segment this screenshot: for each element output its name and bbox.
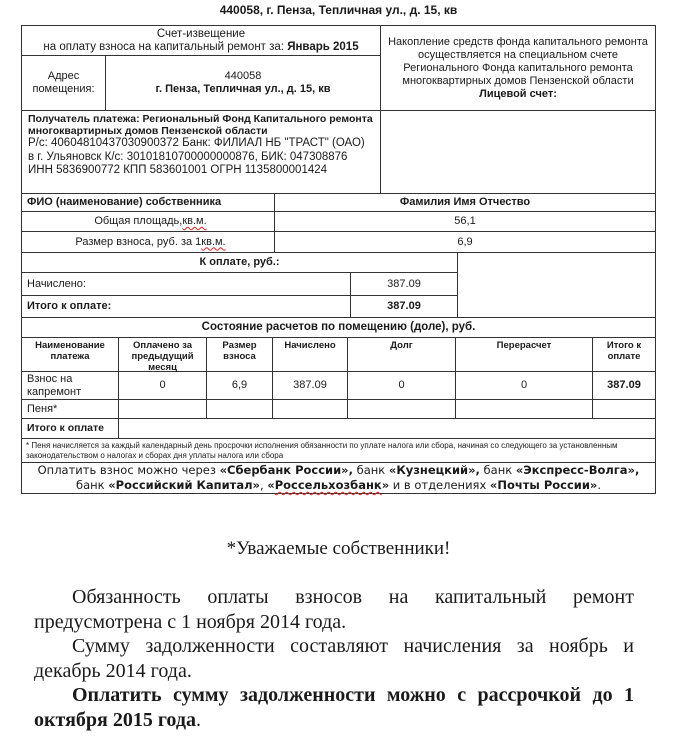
col-header-name: Наименование платежа [22,338,118,371]
invoice-title: Счет-извещение [157,28,245,41]
row-debt: 0 [348,372,455,399]
col-header-debt: Долг [348,338,455,371]
letter-paragraph-3: Оплатить сумму задолженности можно с рас… [34,683,634,732]
charged-value: 387.09 [351,273,457,295]
rate-label-unit: кв.м. [201,236,225,249]
row-paid-prev: 0 [119,372,206,399]
banks-text: и в отделениях [389,478,490,492]
post-of-russia: «Почты России» [490,478,597,492]
banks-text: банк [480,463,516,477]
row-rate: 6,9 [207,372,272,399]
invoice-title-cell: Счет-извещение на оплату взноса на капит… [22,26,380,55]
total-label: Итого к оплате: [22,296,350,317]
settlement-total-label: Итого к оплате [22,419,118,438]
bank-express-volga: «Экспресс-Волга», [516,463,640,477]
banks-text: Оплатить взнос можно через [38,463,220,477]
banks-line-2: банк «Российский Капитал», «Россельхозба… [76,478,601,493]
fund-notice: Накопление средств фонда капитального ре… [381,36,655,88]
address-label: Адрес помещения: [22,70,105,96]
col-header-charged: Начислено [273,338,347,371]
col-header-paid-prev: Оплачено за предыдущий месяц [119,338,206,371]
owner-value: Фамилия Имя Отчество [275,194,655,211]
address-street: г. Пенза, Тепличная ул., д. 15, кв [156,83,331,96]
banks-text: банк [353,463,389,477]
recipient-details: Р/с: 40604810437030900372 Банк: ФИЛИАЛ Н… [28,137,374,178]
col-header-rate: Размер взноса [207,338,272,371]
address-label-cell: Адрес помещения: [22,56,105,110]
recipient-cell: Получатель платежа: Региональный Фонд Ка… [22,111,380,193]
bank-russian-capital: «Российский Капитал» [108,478,260,492]
invoice-period: Январь 2015 [287,41,358,53]
rate-label-text: Размер взноса, руб. за 1 [75,236,201,249]
row-name: Пеня* [22,400,118,418]
letter-title: *Уважаемые собственники! [0,538,677,560]
area-label: Общая площадь, кв.м. [22,212,274,231]
banks-text: банк [76,478,108,492]
area-label-unit: кв.м. [182,215,206,228]
letter-paragraph-2: Сумму задолженности составляют начислени… [34,634,634,683]
invoice-subtitle-prefix: на оплату взноса на капитальный ремонт з… [43,41,287,53]
invoice-subtitle: на оплату взноса на капитальный ремонт з… [43,41,358,54]
document-address-header: 440058, г. Пенза, Тепличная ул., д. 15, … [0,3,677,17]
letter-paragraph-3-end: . [196,709,201,731]
rate-label: Размер взноса, руб. за 1 кв.м. [22,232,274,252]
col-header-total: Итого к оплате [593,338,655,371]
area-label-text: Общая площадь, [94,215,182,228]
bank-rosselkhozbank: «Россельхозбанк» [267,478,389,492]
address-zip: 440058 [225,70,262,83]
row-charged: 387.09 [273,372,347,399]
payment-banks-note: Оплатить взнос можно через «Сбербанк Рос… [22,463,655,493]
area-value: 56,1 [275,212,655,231]
bank-sberbank: «Сбербанк России», [220,463,353,477]
letter-paragraph-3-bold: Оплатить сумму задолженности можно с рас… [34,684,634,731]
banks-text: . [597,478,601,492]
total-value: 387.09 [351,296,457,317]
row-total: 387.09 [593,372,655,399]
owner-label: ФИО (наименование) собственника [22,194,274,211]
charged-label: Начислено: [22,273,350,295]
row-recalc: 0 [456,372,592,399]
to-pay-header: К оплате, руб.: [22,253,457,272]
rate-value: 6,9 [275,232,655,252]
address-value-cell: 440058 г. Пенза, Тепличная ул., д. 15, к… [106,56,380,110]
letter-paragraph-1: Обязанность оплаты взносов на капитальны… [34,585,634,634]
settlement-title: Состояние расчетов по помещению (доле), … [22,318,655,337]
penalty-footnote: * Пеня начисляется за каждый календарный… [22,439,655,462]
account-label: Лицевой счет: [479,88,557,101]
bank-kuznetsky: «Кузнецкий», [389,463,480,477]
col-header-recalc: Перерасчет [456,338,592,371]
banks-line-1: Оплатить взнос можно через «Сбербанк Рос… [38,463,640,478]
row-name: Взнос на капремонт [22,372,118,399]
recipient-label: Получатель платежа: Региональный Фонд Ка… [28,113,374,137]
fund-notice-cell: Накопление средств фонда капитального ре… [381,26,655,110]
